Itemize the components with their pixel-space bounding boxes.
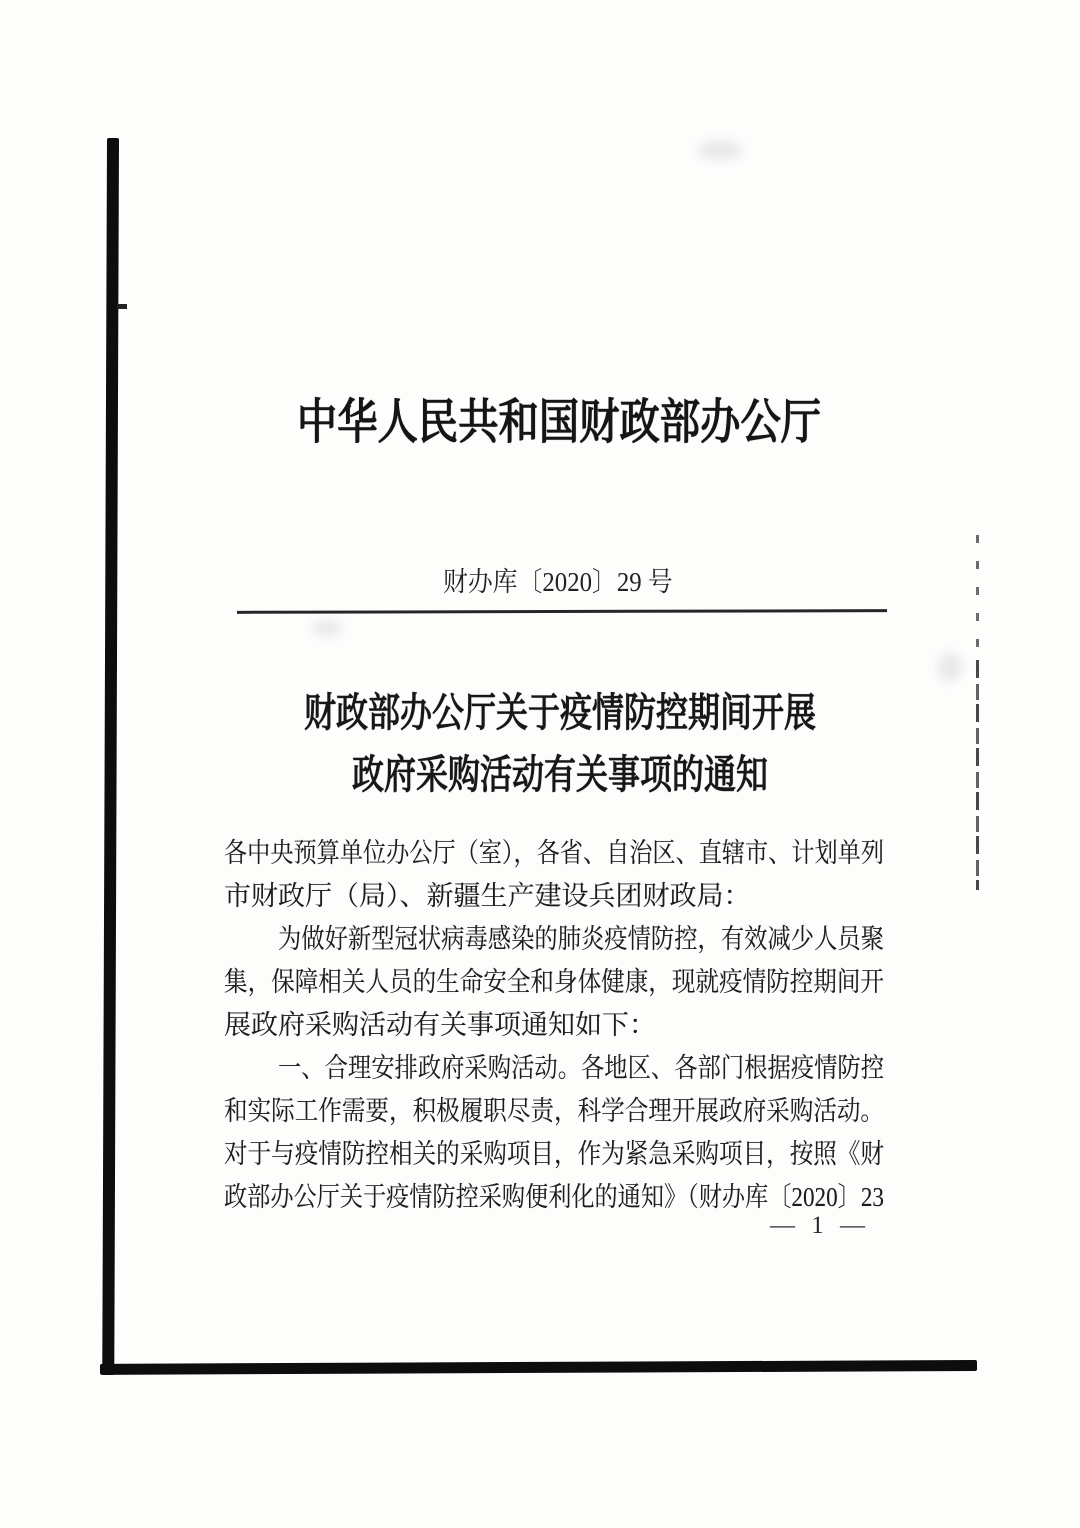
notice-title: 财政部办公厅关于疫情防控期间开展 政府采购活动有关事项的通知 <box>0 686 1080 810</box>
body-text: 各中央预算单位办公厅（室），各省、自治区、直辖市、计划单列 <box>224 832 884 875</box>
body-text: 一、合理安排政府采购活动。各地区、各部门根据疫情防控 <box>278 1047 884 1090</box>
body-text-line: 为做好新型冠状病毒感染的肺炎疫情防控，有效减少人员聚 <box>224 918 884 961</box>
body-text-line: 一、合理安排政府采购活动。各地区、各部门根据疫情防控 <box>224 1047 884 1090</box>
scan-smudge <box>938 652 962 682</box>
notice-title-text-2: 政府采购活动有关事项的通知 <box>352 748 768 801</box>
scan-smudge <box>697 140 743 160</box>
scan-smudge <box>312 620 342 636</box>
issuing-organization-title: 中华人民共和国财政部办公厅 <box>297 383 821 452</box>
document-number-row: 财办库〔2020〕29 号 <box>0 560 1080 599</box>
body-text-line: 各中央预算单位办公厅（室），各省、自治区、直辖市、计划单列 <box>224 832 884 875</box>
body-text-line: 对于与疫情防控相关的采购项目，作为紧急采购项目，按照《财 <box>224 1133 884 1176</box>
body-text-line: 和实际工作需要，积极履职尽责，科学合理开展政府采购活动。 <box>224 1090 884 1133</box>
body-text-line: 市财政厅（局）、新疆生产建设兵团财政局： <box>224 875 884 918</box>
body-text: 对于与疫情防控相关的采购项目，作为紧急采购项目，按照《财 <box>224 1133 884 1176</box>
body-text: 展政府采购活动有关事项通知如下： <box>224 1004 656 1047</box>
notice-title-line-1: 财政部办公厅关于疫情防控期间开展 <box>0 686 1080 748</box>
body-text: 市财政厅（局）、新疆生产建设兵团财政局： <box>224 875 751 918</box>
scanned-document-page: 中华人民共和国财政部办公厅 财办库〔2020〕29 号 财政部办公厅关于疫情防控… <box>0 0 1080 1528</box>
notice-title-line-2: 政府采购活动有关事项的通知 <box>0 748 1080 810</box>
letterhead: 中华人民共和国财政部办公厅 <box>0 383 1080 452</box>
scan-bottom-border-line <box>100 1360 977 1375</box>
body-text: 为做好新型冠状病毒感染的肺炎疫情防控，有效减少人员聚 <box>278 918 884 961</box>
body-text: 和实际工作需要，积极履职尽责，科学合理开展政府采购活动。 <box>224 1090 884 1133</box>
scan-left-bar-nub <box>117 304 127 309</box>
body-text-line: 展政府采购活动有关事项通知如下： <box>224 1004 884 1047</box>
notice-title-text-1: 财政部办公厅关于疫情防控期间开展 <box>304 686 816 739</box>
body-text: 集，保障相关人员的生命安全和身体健康，现就疫情防控期间开 <box>224 961 884 1004</box>
header-divider-rule <box>237 609 887 614</box>
page-number: — 1 — <box>770 1212 870 1240</box>
document-body: 各中央预算单位办公厅（室），各省、自治区、直辖市、计划单列 市财政厅（局）、新疆… <box>224 832 884 1219</box>
body-text-line: 集，保障相关人员的生命安全和身体健康，现就疫情防控期间开 <box>224 961 884 1004</box>
document-number: 财办库〔2020〕29 号 <box>443 560 673 599</box>
